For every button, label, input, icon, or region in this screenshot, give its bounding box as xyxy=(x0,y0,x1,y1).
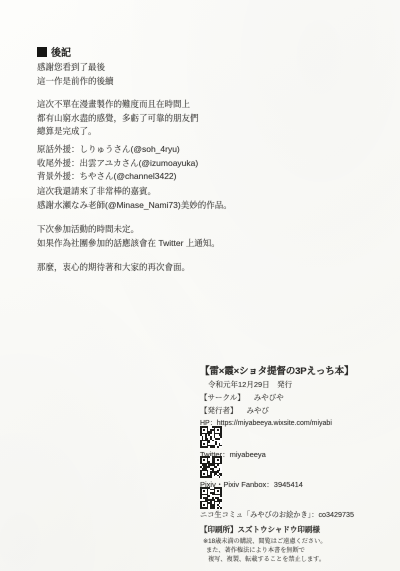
afterword-line: 這一作是前作的後續 xyxy=(37,75,114,89)
afterword-line: 感謝您看到了最後 xyxy=(37,61,114,75)
afterword-paragraph: 這次不單在漫畫製作的難度而且在時間上 都有山窮水盡的感覺，多虧了可靠的朋友們 總… xyxy=(37,98,199,139)
credit-line-finishing-help: 收尾外援：出雲アユカさん(@izumoayuka) xyxy=(37,157,198,171)
doujin-afterword-page: 後記 感謝您看到了最後 這一作是前作的後續 這次不單在漫畫製作的難度而且在時間上… xyxy=(0,0,400,571)
credit-line-draft-help: 原話外援：しりゅうさん(@soh_4ryu) xyxy=(37,143,198,157)
afterword-heading-text: 後記 xyxy=(51,44,71,59)
publisher-name: みやび xyxy=(247,406,270,415)
copyright-notice: また、著作権法により本書を無断で xyxy=(206,546,305,555)
section-square-marker xyxy=(37,47,47,57)
publisher-label: 【発行者】 xyxy=(200,406,238,415)
afterword-paragraph: 下次參加活動的時間未定。 如果作為社團參加的話應該會在 Twitter 上通知。 xyxy=(37,223,220,250)
qr-code-nico xyxy=(200,487,222,509)
publisher-row: 【発行者】みやび xyxy=(200,405,269,416)
afterword-line: 感謝水瀬なみ老師(@Minase_Nami73)美妙的作品。 xyxy=(37,199,232,213)
book-title: 【雷×霞×ショタ提督の3Pえっち本】 xyxy=(200,363,353,377)
afterword-line: 如果作為社團參加的話應該會在 Twitter 上通知。 xyxy=(37,237,220,251)
age-notice: ※18歳未満の購読、閲覧はご遠慮ください。 xyxy=(203,537,326,546)
afterword-paragraph: 這次我還請來了非常棒的嘉賓。 感謝水瀬なみ老師(@Minase_Nami73)美… xyxy=(37,185,232,212)
afterword-line: 總算是完成了。 xyxy=(37,125,199,139)
qr-code-homepage xyxy=(200,426,222,448)
afterword-line: 那麼，衷心的期待著和大家的再次會面。 xyxy=(37,261,190,275)
circle-name: みやびや xyxy=(254,393,284,402)
credit-line-background-help: 背景外援：ちやさん(@channel3422) xyxy=(37,170,198,184)
circle-label: 【サークル】 xyxy=(200,393,245,402)
qr-code-twitter xyxy=(200,456,222,478)
copyright-notice: 複写、複製、転載することを禁止します。 xyxy=(208,555,325,564)
afterword-closing: 那麼，衷心的期待著和大家的再次會面。 xyxy=(37,261,190,275)
afterword-heading: 後記 xyxy=(37,44,71,59)
afterword-line: 都有山窮水盡的感覺，多虧了可靠的朋友們 xyxy=(37,112,199,126)
afterword-credits: 原話外援：しりゅうさん(@soh_4ryu) 收尾外援：出雲アユカさん(@izu… xyxy=(37,143,198,184)
afterword-line: 這次不單在漫畫製作的難度而且在時間上 xyxy=(37,98,199,112)
afterword-line: 這次我還請來了非常棒的嘉賓。 xyxy=(37,185,232,199)
afterword-line: 下次參加活動的時間未定。 xyxy=(37,223,220,237)
printer-credit: 【印刷所】スズトウシャドウ印刷様 xyxy=(200,524,320,535)
nico-community: ニコ生コミュ「みやびのお絵かき」：co3429735 xyxy=(200,510,354,520)
publication-date: 令和元年12月29日 発行 xyxy=(208,379,292,390)
afterword-paragraph: 感謝您看到了最後 這一作是前作的後續 xyxy=(37,61,114,88)
circle-row: 【サークル】みやびや xyxy=(200,392,284,403)
